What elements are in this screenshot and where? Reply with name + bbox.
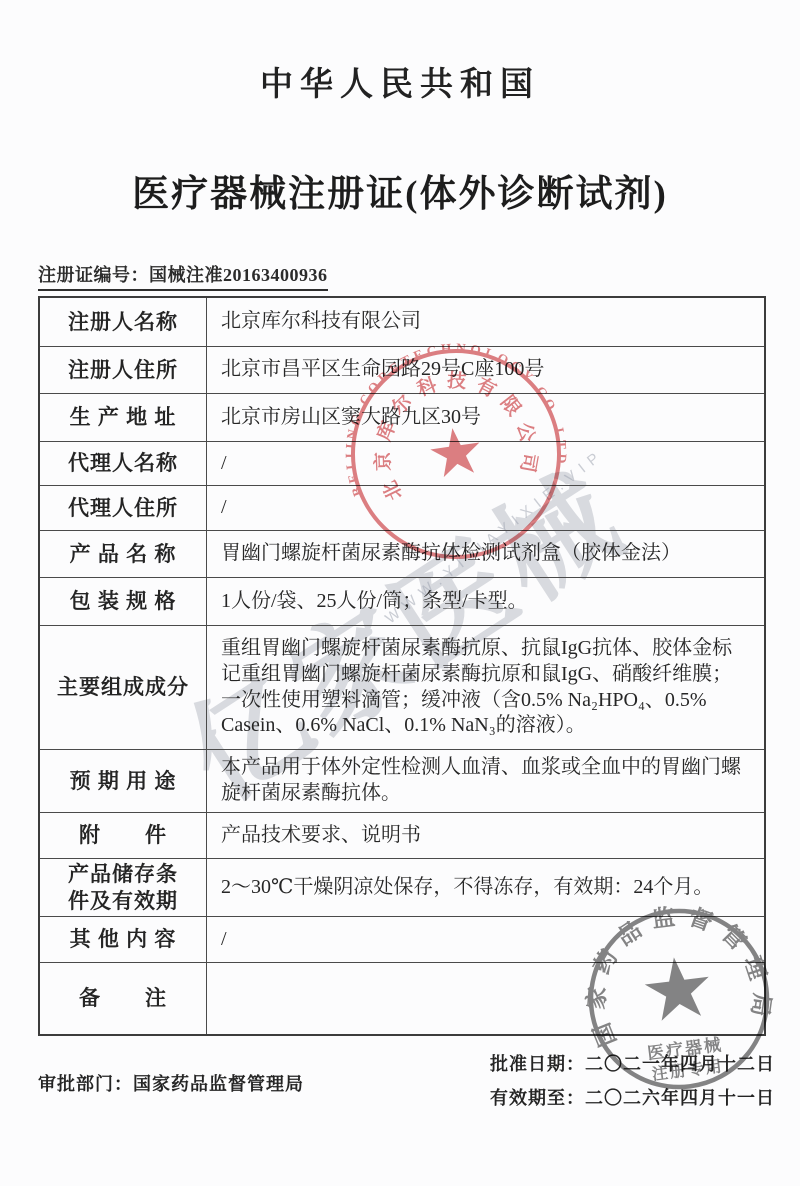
row-value: 本产品用于体外定性检测人血清、血浆或全血中的胃幽门螺旋杆菌尿素酶抗体。 xyxy=(207,750,764,812)
row-label: 产品储存条 件及有效期 xyxy=(40,859,207,916)
approval-department-line: 审批部门：国家药品监督管理局 xyxy=(38,1070,304,1096)
row-value: / xyxy=(207,917,764,962)
row-value: 胃幽门螺旋杆菌尿素酶抗体检测试剂盒（胶体金法） xyxy=(207,531,764,577)
table-row: 产品储存条 件及有效期2～30℃干燥阴凉处保存，不得冻存，有效期：24个月。 xyxy=(40,858,764,916)
table-row: 主要组成成分重组胃幽门螺旋杆菌尿素酶抗原、抗鼠IgG抗体、胶体金标记重组胃幽门螺… xyxy=(40,625,764,749)
registration-number-value: 国械注准20163400936 xyxy=(149,265,328,285)
row-label: 代理人名称 xyxy=(40,442,207,485)
row-label: 产 品 名 称 xyxy=(40,531,207,577)
row-label: 主要组成成分 xyxy=(40,626,207,749)
table-row: 包 装 规 格1人份/袋、25人份/筒；条型/卡型。 xyxy=(40,577,764,625)
table-row: 注册人名称北京库尔科技有限公司 xyxy=(40,298,764,346)
registration-number-line: 注册证编号：国械注准20163400936 xyxy=(38,261,328,291)
table-row: 附 件产品技术要求、说明书 xyxy=(40,812,764,858)
row-value: 1人份/袋、25人份/筒；条型/卡型。 xyxy=(207,578,764,625)
certificate-title: 医疗器械注册证(体外诊断试剂) xyxy=(0,163,800,217)
table-row: 产 品 名 称胃幽门螺旋杆菌尿素酶抗体检测试剂盒（胶体金法） xyxy=(40,530,764,577)
row-value: / xyxy=(207,486,764,530)
row-value: 产品技术要求、说明书 xyxy=(207,813,764,858)
table-row: 其 他 内 容/ xyxy=(40,916,764,962)
valid-until-label: 有效期至： xyxy=(490,1088,585,1108)
row-label: 包 装 规 格 xyxy=(40,578,207,625)
valid-until-value: 二〇二六年四月十一日 xyxy=(585,1088,775,1108)
row-value xyxy=(207,963,764,1034)
approval-date-label: 批准日期： xyxy=(490,1054,585,1074)
row-value: 北京库尔科技有限公司 xyxy=(207,298,764,346)
row-label: 生 产 地 址 xyxy=(40,394,207,441)
row-value: 重组胃幽门螺旋杆菌尿素酶抗原、抗鼠IgG抗体、胶体金标记重组胃幽门螺旋杆菌尿素酶… xyxy=(207,626,764,749)
table-row: 备 注 xyxy=(40,962,764,1034)
row-value: 北京市昌平区生命园路29号C座100号 xyxy=(207,347,764,393)
row-value: 2～30℃干燥阴凉处保存，不得冻存，有效期：24个月。 xyxy=(207,859,764,916)
country-title: 中华人民共和国 xyxy=(0,58,800,105)
table-row: 生 产 地 址北京市房山区窦大路九区30号 xyxy=(40,393,764,441)
row-value: / xyxy=(207,442,764,485)
row-label: 备 注 xyxy=(40,963,207,1034)
row-label: 注册人名称 xyxy=(40,298,207,346)
row-label: 其 他 内 容 xyxy=(40,917,207,962)
registration-number-label: 注册证编号： xyxy=(38,265,149,285)
row-label: 代理人住所 xyxy=(40,486,207,530)
row-value: 北京市房山区窦大路九区30号 xyxy=(207,394,764,441)
approval-department-value: 国家药品监督管理局 xyxy=(133,1074,304,1094)
footer: 批准日期：二〇二一年四月十二日 审批部门：国家药品监督管理局 有效期至：二〇二六… xyxy=(0,1036,800,1186)
valid-until-line: 有效期至：二〇二六年四月十一日 xyxy=(490,1084,775,1110)
table-row: 预 期 用 途本产品用于体外定性检测人血清、血浆或全血中的胃幽门螺旋杆菌尿素酶抗… xyxy=(40,749,764,812)
approval-date-line: 批准日期：二〇二一年四月十二日 xyxy=(490,1050,775,1076)
approval-date-value: 二〇二一年四月十二日 xyxy=(585,1054,775,1074)
approval-department-label: 审批部门： xyxy=(38,1074,133,1094)
certificate-table: 注册人名称北京库尔科技有限公司 注册人住所北京市昌平区生命园路29号C座100号… xyxy=(38,296,766,1036)
row-label: 附 件 xyxy=(40,813,207,858)
table-row: 代理人住所/ xyxy=(40,485,764,530)
certificate-page: 亿家医械 WWW.YIJIAYIXIE.VIP 中华人民共和国 医疗器械注册证(… xyxy=(0,0,800,1186)
row-label: 预 期 用 途 xyxy=(40,750,207,812)
row-label: 注册人住所 xyxy=(40,347,207,393)
table-row: 代理人名称/ xyxy=(40,441,764,485)
table-row: 注册人住所北京市昌平区生命园路29号C座100号 xyxy=(40,346,764,393)
